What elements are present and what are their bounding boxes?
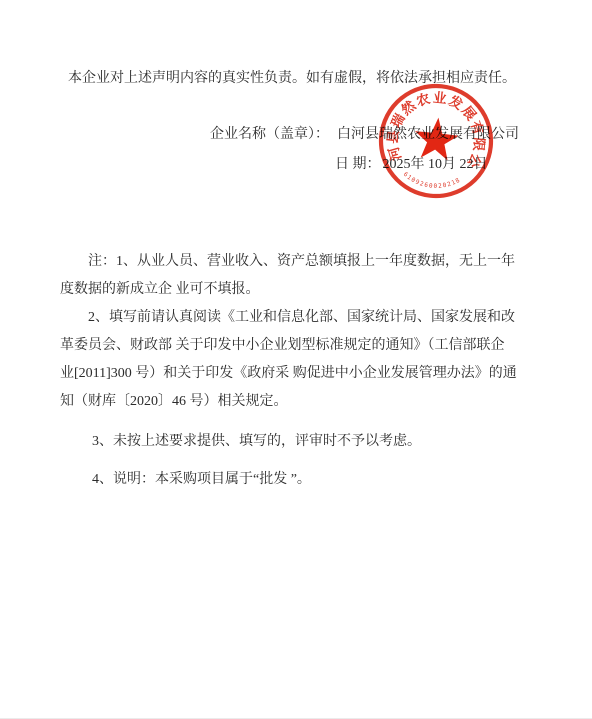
notes-block: 注：1、从业人员、营业收入、资产总额填报上一年度数据，无上一年 度数据的新成立企… — [60, 248, 540, 416]
date-value: 2025年 10月 22日 — [383, 157, 488, 172]
note-line: 革委员会、财政部 关于印发中小企业划型标准规定的通知》（工信部联企 — [60, 332, 540, 360]
note-item-3: 3、未按上述要求提供、填写的，评审时不予以考虑。 — [60, 428, 421, 456]
note-line: 知（财库〔2020〕46 号）相关规定。 — [60, 388, 540, 416]
note-line: 2、填写前请认真阅读《工业和信息化部、国家统计局、国家发展和改 — [60, 304, 540, 332]
document-page: 本企业对上述声明内容的真实性负责。如有虚假，将依法承担相应责任。 企业名称（盖章… — [0, 0, 592, 719]
note-line: 业[2011]300 号）和关于印发《政府采 购促进中小企业发展管理办法》的通 — [60, 360, 540, 388]
note-line: 度数据的新成立企 业可不填报。 — [60, 276, 540, 304]
note-item-4: 4、说明：本采购项目属于“批发 ”。 — [60, 466, 311, 494]
note-line: 注：1、从业人员、营业收入、资产总额填报上一年度数据，无上一年 — [60, 248, 540, 276]
company-name-line: 企业名称（盖章）：白河县瑞然农业发展有限公司 — [210, 121, 519, 149]
date-label: 日 期： — [335, 157, 381, 172]
declaration-text: 本企业对上述声明内容的真实性负责。如有虚假，将依法承担相应责任。 — [68, 65, 516, 93]
company-name-label: 企业名称（盖章）： — [210, 127, 329, 142]
company-name-value: 白河县瑞然农业发展有限公司 — [337, 127, 519, 142]
date-line: 日 期：2025年 10月 22日 — [335, 151, 488, 179]
